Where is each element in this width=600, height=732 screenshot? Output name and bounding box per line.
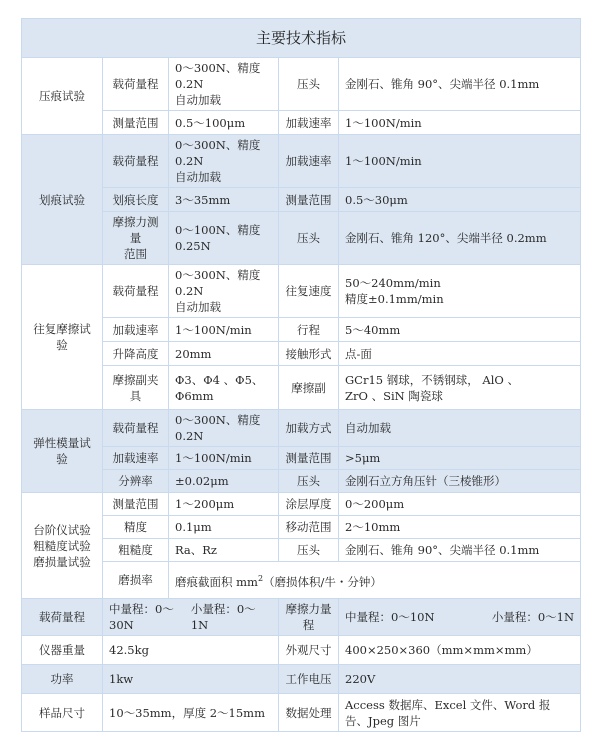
spec-label: 载荷量程 bbox=[22, 599, 103, 636]
spec-label: 功率 bbox=[22, 665, 103, 694]
spec-label: 载荷量程 bbox=[103, 410, 169, 447]
table-row: 测量范围 0.5～100μm 加载速率 1～100N/min bbox=[22, 111, 581, 135]
section-scratch: 划痕试验 bbox=[22, 135, 103, 265]
spec-label: 加载速率 bbox=[279, 111, 339, 135]
spec-label: 测量范围 bbox=[103, 493, 169, 516]
spec-value: 0.5～100μm bbox=[169, 111, 279, 135]
spec-label: 压头 bbox=[279, 470, 339, 493]
spec-label: 加载速率 bbox=[103, 318, 169, 342]
table-row: 弹性模量试验 载荷量程 0～300N、精度 0.2N 加载方式 自动加载 bbox=[22, 410, 581, 447]
spec-label: 接触形式 bbox=[279, 342, 339, 366]
spec-label: 载荷量程 bbox=[103, 265, 169, 318]
spec-label: 数据处理 bbox=[279, 694, 339, 732]
spec-value: 5～40mm bbox=[339, 318, 581, 342]
spec-label: 样品尺寸 bbox=[22, 694, 103, 732]
spec-value: 0～300N、精度 0.2N自动加载 bbox=[169, 58, 279, 111]
spec-label: 外观尺寸 bbox=[279, 636, 339, 665]
table-row: 仪器重量 42.5kg 外观尺寸 400×250×360（mm×mm×mm） bbox=[22, 636, 581, 665]
spec-value: 1～100N/min bbox=[339, 135, 581, 188]
spec-value: 点-面 bbox=[339, 342, 581, 366]
section-elastic: 弹性模量试验 bbox=[22, 410, 103, 493]
table-row: 精度 0.1μm 移动范围 2～10mm bbox=[22, 516, 581, 539]
spec-label: 测量范围 bbox=[103, 111, 169, 135]
spec-value: ±0.02μm bbox=[169, 470, 279, 493]
table-row: 分辨率 ±0.02μm 压头 金刚石立方角压针（三棱锥形） bbox=[22, 470, 581, 493]
spec-value: 金刚石、锥角 120°、尖端半径 0.2mm bbox=[339, 212, 581, 265]
spec-value: 2～10mm bbox=[339, 516, 581, 539]
table-row: 样品尺寸 10～35mm，厚度 2～15mm 数据处理 Access 数据库、E… bbox=[22, 694, 581, 732]
table-row: 划痕试验 载荷量程 0～300N、精度 0.2N自动加载 加载速率 1～100N… bbox=[22, 135, 581, 188]
spec-label: 行程 bbox=[279, 318, 339, 342]
table-row: 载荷量程 中量程：0～30N小量程：0～1N 摩擦力量程 中量程：0～10N小量… bbox=[22, 599, 581, 636]
spec-label: 涂层厚度 bbox=[279, 493, 339, 516]
spec-value: 0～300N、精度 0.2N自动加载 bbox=[169, 265, 279, 318]
spec-label: 划痕长度 bbox=[103, 188, 169, 212]
spec-value: 1kw bbox=[103, 665, 279, 694]
spec-label: 仪器重量 bbox=[22, 636, 103, 665]
spec-value: Φ3、Φ4 、Φ5、Φ6mm bbox=[169, 366, 279, 410]
spec-value: 220V bbox=[339, 665, 581, 694]
spec-label: 粗糙度 bbox=[103, 539, 169, 562]
spec-value: 0～300N、精度 0.2N自动加载 bbox=[169, 135, 279, 188]
spec-label: 摩擦副 bbox=[279, 366, 339, 410]
spec-label: 加载速率 bbox=[103, 447, 169, 470]
spec-value: 1～100N/min bbox=[169, 447, 279, 470]
title-row: 主要技术指标 bbox=[22, 19, 581, 58]
spec-value: 42.5kg bbox=[103, 636, 279, 665]
spec-value: 1～100N/min bbox=[169, 318, 279, 342]
spec-label: 压头 bbox=[279, 539, 339, 562]
spec-value: 中量程：0～10N小量程：0～1N bbox=[339, 599, 581, 636]
spec-label: 压头 bbox=[279, 58, 339, 111]
table-row: 压痕试验 载荷量程 0～300N、精度 0.2N自动加载 压头 金刚石、锥角 9… bbox=[22, 58, 581, 111]
spec-value: >5μm bbox=[339, 447, 581, 470]
spec-table: 主要技术指标 压痕试验 载荷量程 0～300N、精度 0.2N自动加载 压头 金… bbox=[21, 18, 581, 732]
spec-value: 0～200μm bbox=[339, 493, 581, 516]
table-row: 磨损率 磨痕截面积 mm2（磨损体积/牛・分钟） bbox=[22, 562, 581, 599]
table-row: 功率 1kw 工作电压 220V bbox=[22, 665, 581, 694]
spec-value: 400×250×360（mm×mm×mm） bbox=[339, 636, 581, 665]
spec-label: 精度 bbox=[103, 516, 169, 539]
section-indentation: 压痕试验 bbox=[22, 58, 103, 135]
spec-label: 摩擦力测量范围 bbox=[103, 212, 169, 265]
spec-value: 50～240mm/min精度±0.1mm/min bbox=[339, 265, 581, 318]
section-profilometer: 台阶仪试验粗糙度试验磨损量试验 bbox=[22, 493, 103, 599]
spec-value: 3～35mm bbox=[169, 188, 279, 212]
spec-label: 加载方式 bbox=[279, 410, 339, 447]
table-row: 升降高度 20mm 接触形式 点-面 bbox=[22, 342, 581, 366]
table-row: 划痕长度 3～35mm 测量范围 0.5～30μm bbox=[22, 188, 581, 212]
spec-label: 往复速度 bbox=[279, 265, 339, 318]
spec-value: 0～300N、精度 0.2N bbox=[169, 410, 279, 447]
section-reciprocating: 往复摩擦试验 bbox=[22, 265, 103, 410]
spec-label: 压头 bbox=[279, 212, 339, 265]
table-title: 主要技术指标 bbox=[22, 19, 581, 58]
table-row: 粗糙度 Ra、Rz 压头 金刚石、锥角 90°、尖端半径 0.1mm bbox=[22, 539, 581, 562]
spec-value: Access 数据库、Excel 文件、Word 报告、Jpeg 图片 bbox=[339, 694, 581, 732]
spec-label: 载荷量程 bbox=[103, 58, 169, 111]
spec-value: 金刚石、锥角 90°、尖端半径 0.1mm bbox=[339, 539, 581, 562]
spec-label: 移动范围 bbox=[279, 516, 339, 539]
spec-value: 1～100N/min bbox=[339, 111, 581, 135]
spec-label: 摩擦力量程 bbox=[279, 599, 339, 636]
spec-label: 摩擦副夹具 bbox=[103, 366, 169, 410]
spec-value: 0～100N、精度 0.25N bbox=[169, 212, 279, 265]
spec-label: 载荷量程 bbox=[103, 135, 169, 188]
spec-label: 磨损率 bbox=[103, 562, 169, 599]
spec-value: 1～200μm bbox=[169, 493, 279, 516]
spec-label: 升降高度 bbox=[103, 342, 169, 366]
spec-label: 分辨率 bbox=[103, 470, 169, 493]
spec-label: 测量范围 bbox=[279, 447, 339, 470]
spec-value: 0.1μm bbox=[169, 516, 279, 539]
spec-value: GCr15 钢球，不锈钢球， AlO 、ZrO 、SiN 陶瓷球 bbox=[339, 366, 581, 410]
spec-value: 金刚石、锥角 90°、尖端半径 0.1mm bbox=[339, 58, 581, 111]
spec-value: 磨痕截面积 mm2（磨损体积/牛・分钟） bbox=[169, 562, 581, 599]
table-row: 加载速率 1～100N/min 测量范围 >5μm bbox=[22, 447, 581, 470]
table-row: 往复摩擦试验 载荷量程 0～300N、精度 0.2N自动加载 往复速度 50～2… bbox=[22, 265, 581, 318]
spec-value: 20mm bbox=[169, 342, 279, 366]
spec-label: 加载速率 bbox=[279, 135, 339, 188]
spec-value: 金刚石立方角压针（三棱锥形） bbox=[339, 470, 581, 493]
table-row: 摩擦副夹具 Φ3、Φ4 、Φ5、Φ6mm 摩擦副 GCr15 钢球，不锈钢球， … bbox=[22, 366, 581, 410]
spec-label: 测量范围 bbox=[279, 188, 339, 212]
spec-value: Ra、Rz bbox=[169, 539, 279, 562]
spec-value: 自动加载 bbox=[339, 410, 581, 447]
table-row: 台阶仪试验粗糙度试验磨损量试验 测量范围 1～200μm 涂层厚度 0～200μ… bbox=[22, 493, 581, 516]
spec-value: 0.5～30μm bbox=[339, 188, 581, 212]
spec-value: 10～35mm，厚度 2～15mm bbox=[103, 694, 279, 732]
spec-label: 工作电压 bbox=[279, 665, 339, 694]
spec-value: 中量程：0～30N小量程：0～1N bbox=[103, 599, 279, 636]
table-row: 摩擦力测量范围 0～100N、精度 0.25N 压头 金刚石、锥角 120°、尖… bbox=[22, 212, 581, 265]
table-row: 加载速率 1～100N/min 行程 5～40mm bbox=[22, 318, 581, 342]
